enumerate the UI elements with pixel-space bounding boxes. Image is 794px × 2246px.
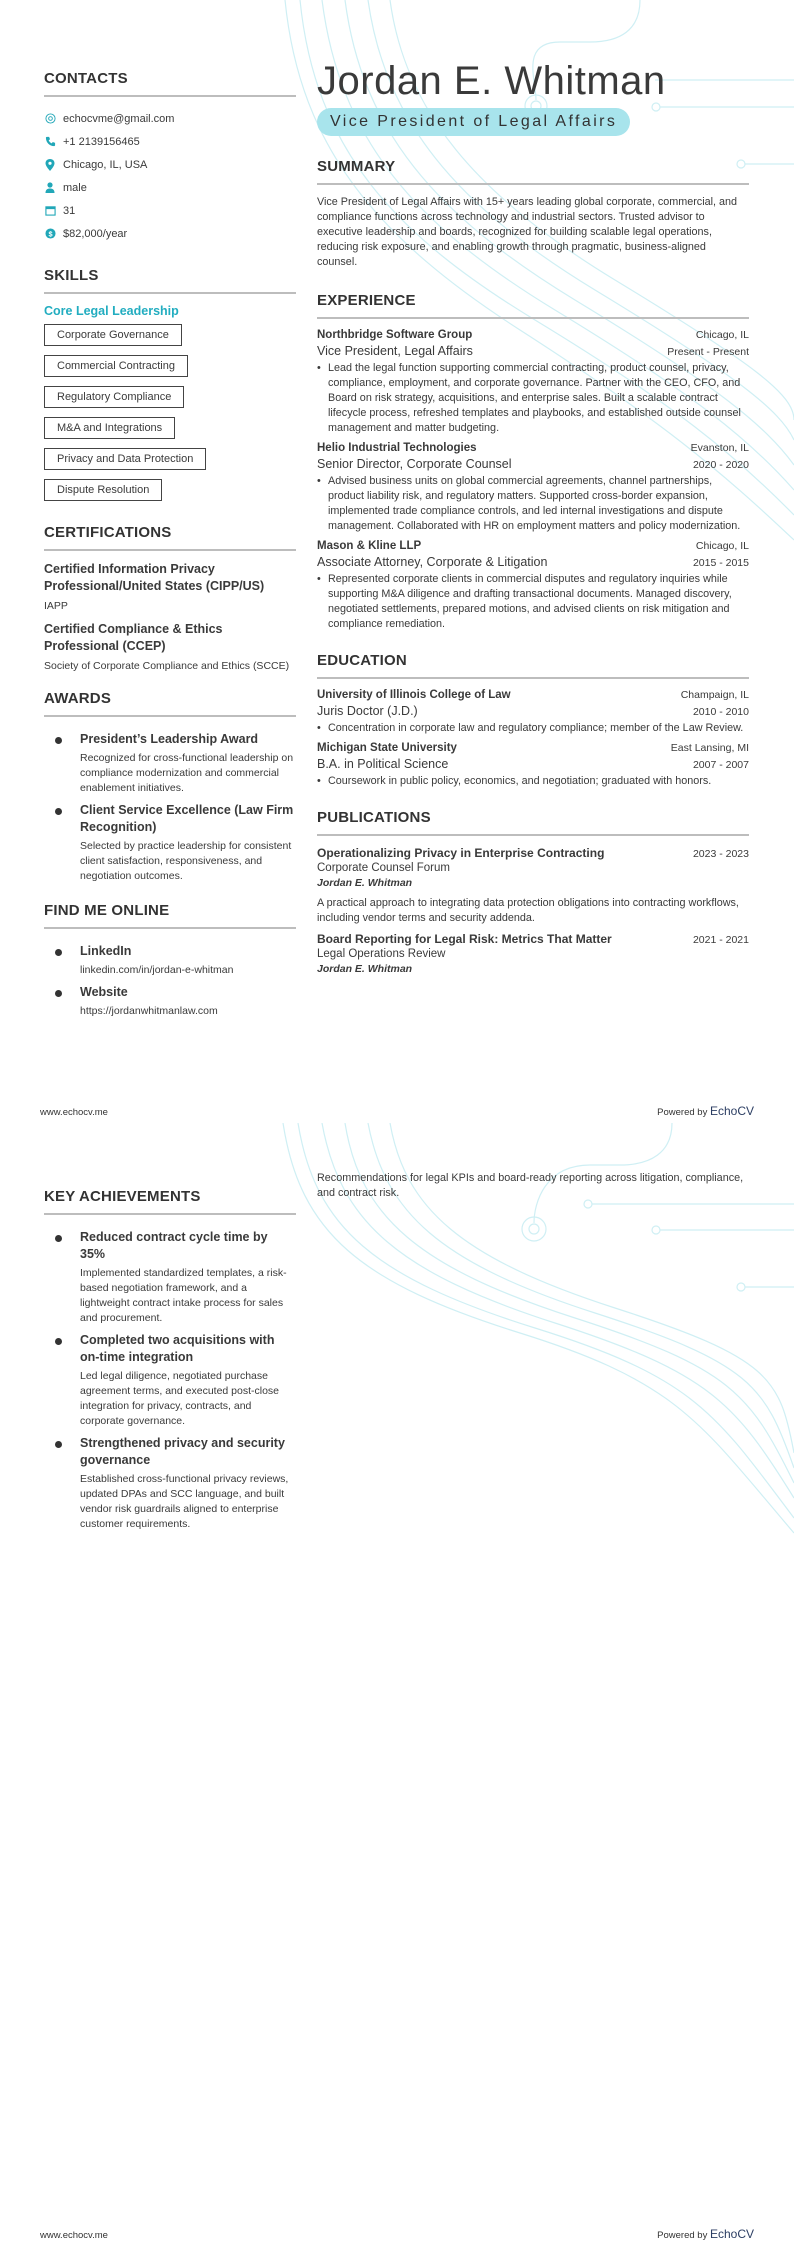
- publication-desc: Recommendations for legal KPIs and board…: [317, 1171, 749, 1201]
- online-section: FIND ME ONLINE LinkedIn linkedin.com/in/…: [44, 902, 296, 1019]
- skills-section: SKILLS Core Legal Leadership Corporate G…: [44, 267, 296, 510]
- phone-icon: [44, 136, 56, 148]
- skill-tag: M&A and Integrations: [44, 417, 175, 439]
- job-description: Represented corporate clients in commerc…: [317, 572, 749, 632]
- skill-category: Core Legal Leadership: [44, 304, 296, 318]
- awards-section: AWARDS President’s Leadership Award Reco…: [44, 690, 296, 884]
- online-title: Website: [80, 984, 296, 1001]
- job-role: Senior Director, Corporate Counsel: [317, 457, 512, 471]
- experience-item: Northbridge Software GroupChicago, IL Vi…: [317, 329, 749, 436]
- online-heading: FIND ME ONLINE: [44, 902, 296, 929]
- footer-site-link[interactable]: www.echocv.me: [40, 2230, 108, 2241]
- candidate-name: Jordan E. Whitman: [317, 58, 749, 104]
- contact-phone-text: +1 2139156465: [63, 136, 140, 148]
- job-description: Lead the legal function supporting comme…: [317, 361, 749, 436]
- job-location: Chicago, IL: [696, 540, 749, 552]
- achievement-title: Reduced contract cycle time by 35%: [80, 1229, 296, 1263]
- contact-age-text: 31: [63, 205, 75, 217]
- publication-desc: A practical approach to integrating data…: [317, 896, 749, 926]
- footer-powered-by: Powered by EchoCV: [657, 1104, 754, 1118]
- contact-gender-text: male: [63, 182, 87, 194]
- skill-tag: Regulatory Compliance: [44, 386, 184, 408]
- award-title: President’s Leadership Award: [80, 731, 296, 748]
- job-dates: 2015 - 2015: [693, 557, 749, 569]
- job-dates: 2020 - 2020: [693, 459, 749, 471]
- page-footer: www.echocv.me Powered by EchoCV: [40, 2227, 754, 2241]
- school-name: University of Illinois College of Law: [317, 689, 511, 701]
- right-column: Jordan E. Whitman Vice President of Lega…: [317, 0, 749, 977]
- contact-email[interactable]: echocvme@gmail.com: [44, 107, 296, 130]
- education-section: EDUCATION University of Illinois College…: [317, 652, 749, 789]
- job-location: Evanston, IL: [691, 442, 749, 454]
- publication-dates: 2023 - 2023: [693, 848, 749, 860]
- achievement-item: Completed two acquisitions with on-time …: [44, 1332, 296, 1429]
- job-role: Vice President, Legal Affairs: [317, 344, 473, 358]
- svg-text:$: $: [48, 229, 52, 238]
- certification-org: IAPP: [44, 599, 296, 614]
- publications-heading: PUBLICATIONS: [317, 809, 749, 836]
- award-title: Client Service Excellence (Law Firm Reco…: [80, 802, 296, 836]
- education-dates: 2010 - 2010: [693, 706, 749, 718]
- certifications-section: CERTIFICATIONS Certified Information Pri…: [44, 524, 296, 674]
- achievement-title: Strengthened privacy and security govern…: [80, 1435, 296, 1469]
- job-role: Associate Attorney, Corporate & Litigati…: [317, 555, 547, 569]
- school-location: East Lansing, MI: [671, 742, 749, 754]
- location-pin-icon: [44, 159, 56, 171]
- company-name: Helio Industrial Technologies: [317, 442, 477, 454]
- contact-salary: $ $82,000/year: [44, 222, 296, 245]
- right-column-continued: Recommendations for legal KPIs and board…: [317, 1171, 749, 1201]
- publication-author: Jordan E. Whitman: [317, 962, 749, 977]
- footer-powered-by: Powered by EchoCV: [657, 2227, 754, 2241]
- job-dates: Present - Present: [667, 346, 749, 358]
- contact-location: Chicago, IL, USA: [44, 153, 296, 176]
- online-item-linkedin[interactable]: LinkedIn linkedin.com/in/jordan-e-whitma…: [44, 943, 296, 978]
- footer-site-link[interactable]: www.echocv.me: [40, 1107, 108, 1118]
- achievement-desc: Established cross-functional privacy rev…: [80, 1472, 296, 1532]
- certifications-heading: CERTIFICATIONS: [44, 524, 296, 551]
- company-name: Mason & Kline LLP: [317, 540, 421, 552]
- school-name: Michigan State University: [317, 742, 457, 754]
- resume-page-2: Recommendations for legal KPIs and board…: [0, 1123, 794, 2246]
- award-desc: Recognized for cross-functional leadersh…: [80, 751, 296, 796]
- education-item: University of Illinois College of LawCha…: [317, 689, 749, 736]
- contact-gender: male: [44, 176, 296, 199]
- award-item: President’s Leadership Award Recognized …: [44, 731, 296, 796]
- calendar-icon: [44, 205, 56, 217]
- publication-item: Board Reporting for Legal Risk: Metrics …: [317, 932, 749, 977]
- award-desc: Selected by practice leadership for cons…: [80, 839, 296, 884]
- summary-heading: SUMMARY: [317, 158, 749, 185]
- brand-name[interactable]: EchoCV: [710, 2227, 754, 2241]
- achievement-desc: Led legal diligence, negotiated purchase…: [80, 1369, 296, 1429]
- certification-name: Certified Compliance & Ethics Profession…: [44, 621, 296, 655]
- powered-by-label: Powered by: [657, 1107, 707, 1118]
- skill-tag: Dispute Resolution: [44, 479, 162, 501]
- experience-heading: EXPERIENCE: [317, 292, 749, 319]
- contact-salary-text: $82,000/year: [63, 228, 127, 240]
- achievements-section: KEY ACHIEVEMENTS Reduced contract cycle …: [44, 1188, 296, 1532]
- skill-tag: Commercial Contracting: [44, 355, 188, 377]
- certification-item: Certified Compliance & Ethics Profession…: [44, 621, 296, 674]
- education-description: Coursework in public policy, economics, …: [317, 774, 749, 789]
- publication-title: Board Reporting for Legal Risk: Metrics …: [317, 932, 612, 946]
- person-icon: [44, 182, 56, 194]
- left-column: CONTACTS echocvme@gmail.com +1 213915646…: [44, 70, 296, 1025]
- experience-section: EXPERIENCE Northbridge Software GroupChi…: [317, 292, 749, 632]
- degree: Juris Doctor (J.D.): [317, 704, 418, 718]
- contact-age: 31: [44, 199, 296, 222]
- skill-tag: Corporate Governance: [44, 324, 182, 346]
- publication-item: Operationalizing Privacy in Enterprise C…: [317, 846, 749, 926]
- dollar-icon: $: [44, 228, 56, 240]
- left-column-continued: KEY ACHIEVEMENTS Reduced contract cycle …: [44, 1188, 296, 1538]
- contact-location-text: Chicago, IL, USA: [63, 159, 147, 171]
- certification-org: Society of Corporate Compliance and Ethi…: [44, 659, 296, 674]
- summary-section: SUMMARY Vice President of Legal Affairs …: [317, 158, 749, 270]
- publications-section: PUBLICATIONS Operationalizing Privacy in…: [317, 809, 749, 977]
- company-name: Northbridge Software Group: [317, 329, 472, 341]
- online-title: LinkedIn: [80, 943, 296, 960]
- award-item: Client Service Excellence (Law Firm Reco…: [44, 802, 296, 884]
- at-icon: [44, 113, 56, 125]
- education-item: Michigan State UniversityEast Lansing, M…: [317, 742, 749, 789]
- job-location: Chicago, IL: [696, 329, 749, 341]
- skill-list: Corporate Governance Commercial Contract…: [44, 324, 296, 510]
- achievement-item: Strengthened privacy and security govern…: [44, 1435, 296, 1532]
- education-dates: 2007 - 2007: [693, 759, 749, 771]
- publication-venue: Corporate Counsel Forum: [317, 860, 749, 876]
- online-item-website[interactable]: Website https://jordanwhitmanlaw.com: [44, 984, 296, 1019]
- publication-venue: Legal Operations Review: [317, 946, 749, 962]
- education-heading: EDUCATION: [317, 652, 749, 679]
- experience-item: Mason & Kline LLPChicago, IL Associate A…: [317, 540, 749, 632]
- certification-name: Certified Information Privacy Profession…: [44, 561, 296, 595]
- powered-by-label: Powered by: [657, 2230, 707, 2241]
- skill-tag: Privacy and Data Protection: [44, 448, 206, 470]
- brand-name[interactable]: EchoCV: [710, 1104, 754, 1118]
- achievement-title: Completed two acquisitions with on-time …: [80, 1332, 296, 1366]
- achievement-desc: Implemented standardized templates, a ri…: [80, 1266, 296, 1326]
- skills-heading: SKILLS: [44, 267, 296, 294]
- contact-email-text: echocvme@gmail.com: [63, 113, 174, 125]
- contacts-section: CONTACTS echocvme@gmail.com +1 213915646…: [44, 70, 296, 245]
- resume-page-1: CONTACTS echocvme@gmail.com +1 213915646…: [0, 0, 794, 1123]
- online-link[interactable]: https://jordanwhitmanlaw.com: [80, 1004, 296, 1019]
- job-description: Advised business units on global commerc…: [317, 474, 749, 534]
- publication-title: Operationalizing Privacy in Enterprise C…: [317, 846, 604, 860]
- school-location: Champaign, IL: [681, 689, 749, 701]
- page-footer: www.echocv.me Powered by EchoCV: [40, 1104, 754, 1118]
- degree: B.A. in Political Science: [317, 757, 448, 771]
- certification-item: Certified Information Privacy Profession…: [44, 561, 296, 614]
- summary-text: Vice President of Legal Affairs with 15+…: [317, 195, 749, 270]
- achievements-heading: KEY ACHIEVEMENTS: [44, 1188, 296, 1215]
- contact-phone[interactable]: +1 2139156465: [44, 130, 296, 153]
- education-description: Concentration in corporate law and regul…: [317, 721, 749, 736]
- publication-dates: 2021 - 2021: [693, 934, 749, 946]
- achievement-item: Reduced contract cycle time by 35% Imple…: [44, 1229, 296, 1326]
- online-link[interactable]: linkedin.com/in/jordan-e-whitman: [80, 963, 296, 978]
- experience-item: Helio Industrial TechnologiesEvanston, I…: [317, 442, 749, 534]
- contacts-heading: CONTACTS: [44, 70, 296, 97]
- publication-author: Jordan E. Whitman: [317, 876, 749, 891]
- job-title-badge: Vice President of Legal Affairs: [317, 108, 630, 136]
- awards-heading: AWARDS: [44, 690, 296, 717]
